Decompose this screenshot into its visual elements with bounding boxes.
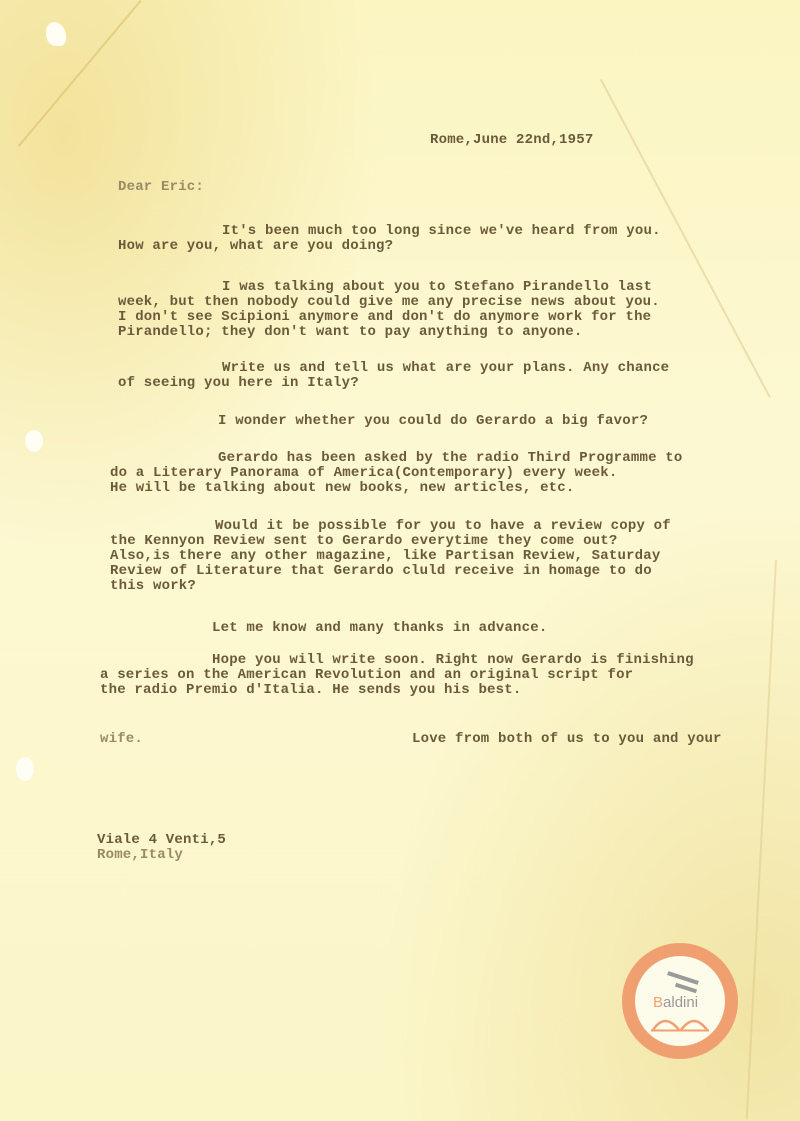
paper-crease bbox=[746, 560, 777, 1119]
paper-crease bbox=[18, 0, 142, 147]
body-line: the radio Premio d'Italia. He sends you … bbox=[100, 683, 521, 698]
body-line: I was talking about you to Stefano Piran… bbox=[222, 280, 652, 295]
body-line: the Kennyon Review sent to Gerardo every… bbox=[110, 534, 617, 549]
body-line: How are you, what are you doing? bbox=[118, 239, 393, 254]
body-line: Also,is there any other magazine, like P… bbox=[110, 549, 661, 564]
stamp-small-text bbox=[675, 983, 697, 994]
body-line: week, but then nobody could give me any … bbox=[118, 295, 660, 310]
dateline: Rome,June 22nd,1957 bbox=[430, 133, 593, 148]
open-book-icon bbox=[651, 1012, 709, 1032]
body-line: Write us and tell us what are your plans… bbox=[222, 361, 669, 376]
sender-address-line: Viale 4 Venti,5 bbox=[97, 833, 226, 848]
body-line: I wonder whether you could do Gerardo a … bbox=[218, 414, 648, 429]
paper-tear bbox=[46, 22, 66, 46]
body-line: Hope you will write soon. Right now Gera… bbox=[212, 653, 694, 668]
stamp-brand: Baldini bbox=[653, 994, 698, 1011]
body-line: Pirandello; they don't want to pay anyth… bbox=[118, 325, 582, 340]
body-line: this work? bbox=[110, 579, 196, 594]
stamp-small-text bbox=[667, 971, 699, 985]
body-line: Review of Literature that Gerardo cluld … bbox=[110, 564, 652, 579]
letter-page: Rome,June 22nd,1957 Dear Eric: It's been… bbox=[0, 0, 800, 1121]
body-line: Let me know and many thanks in advance. bbox=[212, 621, 547, 636]
body-line: do a Literary Panorama of America(Contem… bbox=[110, 466, 617, 481]
closing-line: wife. bbox=[100, 732, 143, 747]
body-line: Would it be possible for you to have a r… bbox=[215, 519, 671, 534]
body-line: It's been much too long since we've hear… bbox=[222, 224, 661, 239]
body-line: Gerardo has been asked by the radio Thir… bbox=[218, 451, 682, 466]
salutation: Dear Eric: bbox=[118, 180, 204, 195]
archive-stamp: Baldini bbox=[622, 943, 738, 1059]
punch-hole bbox=[25, 430, 43, 452]
closing-line: Love from both of us to you and your bbox=[412, 732, 722, 747]
body-line: a series on the American Revolution and … bbox=[100, 668, 633, 683]
body-line: I don't see Scipioni anymore and don't d… bbox=[118, 310, 651, 325]
sender-address-line: Rome,Italy bbox=[97, 848, 183, 863]
punch-hole bbox=[16, 757, 34, 781]
body-line: He will be talking about new books, new … bbox=[110, 481, 574, 496]
body-line: of seeing you here in Italy? bbox=[118, 376, 359, 391]
